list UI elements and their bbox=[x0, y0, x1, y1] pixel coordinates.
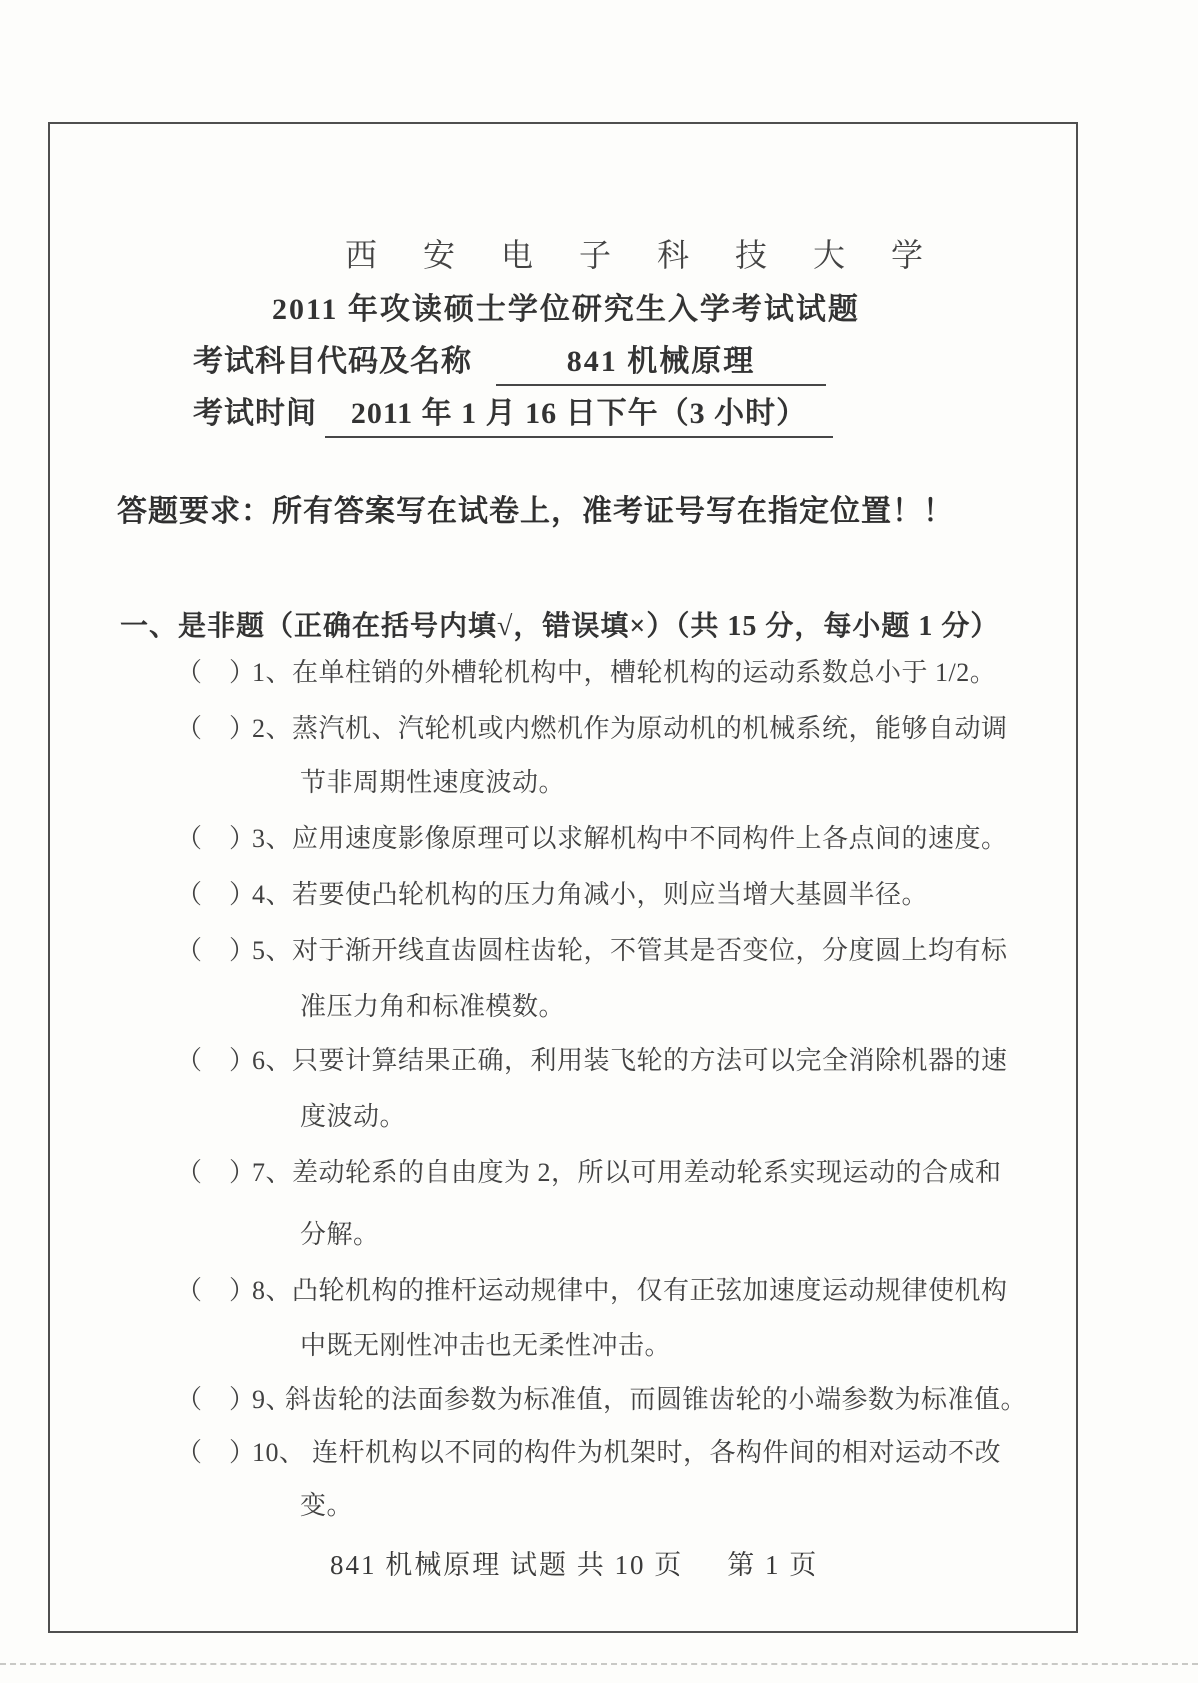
answer-bracket: （ ） bbox=[176, 1383, 256, 1417]
question-text: 斜齿轮的法面参数为标准值，而圆锥齿轮的小端参数为标准值。 bbox=[285, 1383, 1027, 1417]
university-name: 西 安 电 子 科 技 大 学 bbox=[345, 230, 942, 276]
question-text: 分解。 bbox=[300, 1218, 380, 1252]
question-text: 差动轮系的自由度为 2，所以可用差动轮系实现运动的合成和 bbox=[292, 1156, 1002, 1190]
page-footer: 841 机械原理 试题 共 10 页第 1 页 bbox=[330, 1543, 818, 1582]
answer-bracket: （ ） bbox=[176, 1044, 256, 1078]
answer-requirement-note: 答题要求：所有答案写在试卷上，准考证号写在指定位置！！ bbox=[117, 486, 954, 530]
question-text: 中既无刚性冲击也无柔性冲击。 bbox=[300, 1329, 671, 1363]
question-number: 6、 bbox=[252, 1044, 292, 1078]
subject-line: 考试科目代码及名称841 机械原理 bbox=[193, 336, 826, 386]
section-1-heading: 一、是非题（正确在括号内填√，错误填×）（共 15 分，每小题 1 分） bbox=[120, 604, 999, 644]
subject-code-label: 考试科目代码及名称 bbox=[193, 345, 472, 378]
exam-time-line: 考试时间2011 年 1 月 16 日下午（3 小时） bbox=[193, 388, 833, 438]
question-text: 度波动。 bbox=[300, 1100, 406, 1134]
question-text: 只要计算结果正确，利用装飞轮的方法可以完全消除机器的速 bbox=[292, 1044, 1008, 1078]
question-text: 准压力角和标准模数。 bbox=[300, 990, 565, 1024]
question-number: 3、 bbox=[252, 822, 292, 856]
question-number: 4、 bbox=[252, 878, 292, 912]
exam-time-value: 2011 年 1 月 16 日下午（3 小时） bbox=[325, 388, 833, 438]
footer-paper-info: 841 机械原理 试题 共 10 页 bbox=[330, 1550, 683, 1580]
footer-page-number: 第 1 页 bbox=[727, 1550, 818, 1580]
question-number: 5、 bbox=[252, 934, 292, 968]
answer-bracket: （ ） bbox=[176, 712, 256, 746]
question-text: 凸轮机构的推杆运动规律中，仅有正弦加速度运动规律使机构 bbox=[292, 1274, 1008, 1308]
exam-time-label: 考试时间 bbox=[193, 397, 317, 430]
question-text: 节非周期性速度波动。 bbox=[300, 766, 565, 800]
question-number: 2、 bbox=[252, 712, 292, 746]
answer-bracket: （ ） bbox=[176, 1436, 256, 1470]
scanned-exam-page: 西 安 电 子 科 技 大 学 2011 年攻读硕士学位研究生入学考试试题 考试… bbox=[0, 0, 1198, 1683]
question-number: 10、 bbox=[252, 1436, 306, 1470]
question-text: 对于渐开线直齿圆柱齿轮，不管其是否变位，分度圆上均有标 bbox=[292, 934, 1008, 968]
question-number: 8、 bbox=[252, 1274, 292, 1308]
answer-bracket: （ ） bbox=[176, 1156, 256, 1190]
subject-code-value: 841 机械原理 bbox=[496, 336, 826, 386]
answer-bracket: （ ） bbox=[176, 822, 256, 856]
question-text: 在单柱销的外槽轮机构中，槽轮机构的运动系数总小于 1/2。 bbox=[292, 656, 996, 690]
question-text: 若要使凸轮机构的压力角减小，则应当增大基圆半径。 bbox=[292, 878, 928, 912]
answer-bracket: （ ） bbox=[176, 878, 256, 912]
scan-artifact-dashed-line bbox=[0, 1663, 1198, 1665]
answer-bracket: （ ） bbox=[176, 656, 256, 690]
question-text: 连杆机构以不同的构件为机架时，各构件间的相对运动不改 bbox=[312, 1436, 1001, 1470]
answer-bracket: （ ） bbox=[176, 934, 256, 968]
question-number: 7、 bbox=[252, 1156, 292, 1190]
answer-bracket: （ ） bbox=[176, 1274, 256, 1308]
question-text: 蒸汽机、汽轮机或内燃机作为原动机的机械系统，能够自动调 bbox=[292, 712, 1008, 746]
question-text: 应用速度影像原理可以求解机构中不同构件上各点间的速度。 bbox=[292, 822, 1008, 856]
exam-title: 2011 年攻读硕士学位研究生入学考试试题 bbox=[272, 284, 860, 328]
question-number: 1、 bbox=[252, 656, 292, 690]
question-text: 变。 bbox=[300, 1489, 353, 1523]
